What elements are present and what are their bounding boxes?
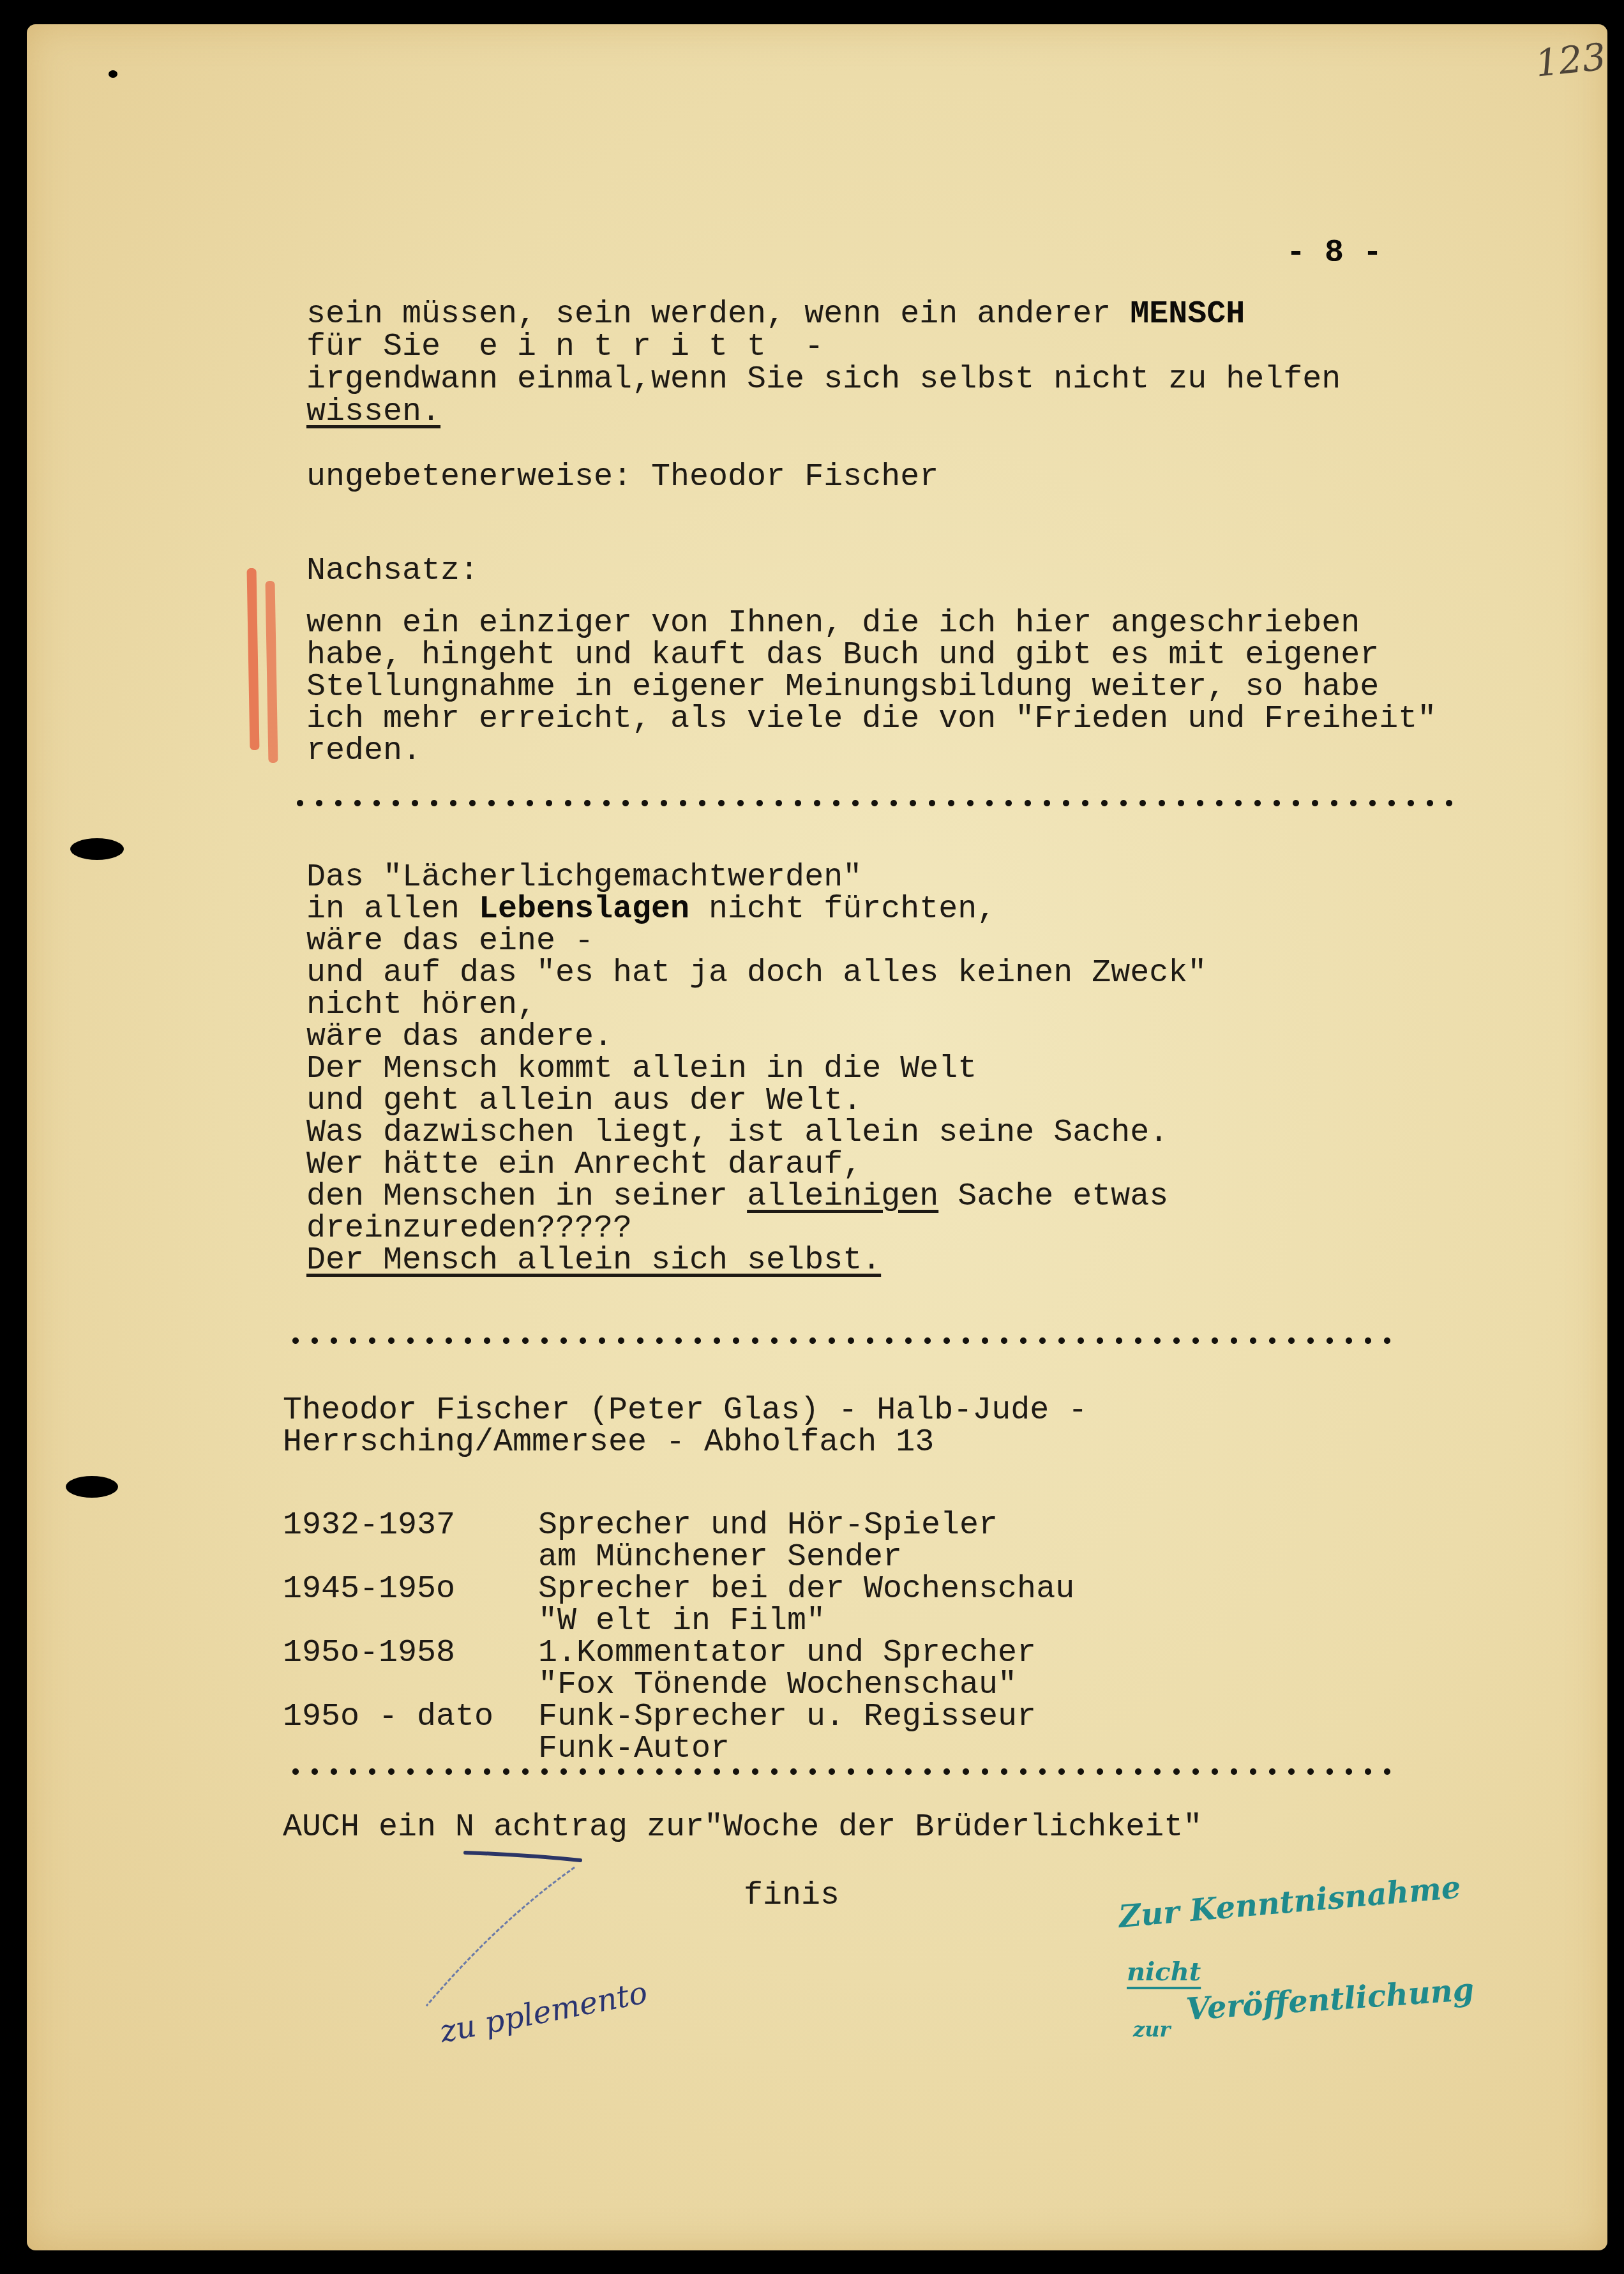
poem-line-6: wäre das andere. <box>306 1021 613 1053</box>
poem-line-8: und geht allein aus der Welt. <box>306 1085 862 1117</box>
poem-line-11-b: Sache etwas <box>938 1178 1168 1215</box>
career-period-3: 195o-1958 <box>283 1638 455 1669</box>
folio-number: 123 <box>1533 34 1608 85</box>
career-desc-4a: Funk-Sprecher u. Regisseur <box>538 1701 1036 1733</box>
poem-line-10: Wer hätte ein Anrecht darauf, <box>306 1149 862 1181</box>
opening-line-2: für Sie e i n t r i t t - <box>306 331 823 363</box>
poem-line-3: wäre das eine - <box>306 926 594 958</box>
closing-line: AUCH ein N achtrag zur"Woche der Brüderl… <box>283 1812 1202 1844</box>
dotted-separator-3 <box>286 1768 1397 1775</box>
poem-line-13: Der Mensch allein sich selbst. <box>306 1245 881 1277</box>
career-desc-3a: 1.Kommentator und Sprecher <box>538 1638 1036 1669</box>
poem-line-12: dreinzureden????? <box>306 1213 632 1245</box>
postscript-line-2: habe, hingeht und kauft das Buch und gib… <box>306 640 1379 672</box>
poem-line-2-a: in allen <box>306 891 479 928</box>
postscript-line-4: ich mehr erreicht, als viele die von "Fr… <box>306 704 1436 735</box>
bold-phrase: Lebenslagen <box>479 891 689 928</box>
career-desc-2b: "W elt in Film" <box>538 1606 825 1638</box>
postscript-heading: Nachsatz: <box>306 555 479 587</box>
opening-line-1: sein müssen, sein werden, wenn ein ander… <box>306 299 1245 331</box>
page-marker: - 8 - <box>1286 237 1382 269</box>
postscript-line-3: Stellungnahme in eigener Meinungsbildung… <box>306 672 1379 704</box>
postscript-line-5: reden. <box>306 735 421 767</box>
career-desc-4b: Funk-Autor <box>538 1733 730 1765</box>
career-period-2: 1945-195o <box>283 1574 455 1606</box>
opening-line-3: irgendwann einmal,wenn Sie sich selbst n… <box>306 364 1341 396</box>
punch-hole-top <box>70 838 124 860</box>
postscript-line-1: wenn ein einziger von Ihnen, die ich hie… <box>306 608 1360 640</box>
punch-hole-bottom <box>66 1476 118 1498</box>
opening-line-4: wissen. <box>306 396 440 428</box>
dotted-separator-1 <box>290 800 1459 806</box>
finis: finis <box>744 1880 839 1912</box>
author-line-1: Theodor Fischer (Peter Glas) - Halb-Jude… <box>283 1395 1087 1427</box>
author-line-2: Herrsching/Ammersee - Abholfach 13 <box>283 1427 934 1459</box>
signature-line: ungebetenerweise: Theodor Fischer <box>306 462 938 493</box>
poem-line-11-a: den Menschen in seiner <box>306 1178 747 1215</box>
underlined-word: alleinigen <box>747 1178 938 1215</box>
stamp-line-3-prefix: zur <box>1133 2017 1170 2042</box>
career-desc-2a: Sprecher bei der Wochenschau <box>538 1574 1074 1606</box>
staple-hole <box>109 70 117 78</box>
poem-line-7: Der Mensch kommt allein in die Welt <box>306 1053 977 1085</box>
career-desc-1b: am Münchener Sender <box>538 1542 902 1574</box>
career-desc-3b: "Fox Tönende Wochenschau" <box>538 1669 1017 1701</box>
emphasis-word: MENSCH <box>1130 296 1245 333</box>
opening-line-1-text: sein müssen, sein werden, wenn ein ander… <box>306 296 1130 333</box>
poem-line-9: Was dazwischen liegt, ist allein seine S… <box>306 1117 1168 1149</box>
stamp-line-2: nicht <box>1127 1957 1201 1987</box>
career-period-4: 195o - dato <box>283 1701 493 1733</box>
poem-line-5: nicht hören, <box>306 990 536 1021</box>
dotted-separator-2 <box>286 1337 1397 1344</box>
career-desc-1a: Sprecher und Hör-Spieler <box>538 1510 998 1542</box>
poem-line-2: in allen Lebenslagen nicht fürchten, <box>306 894 996 926</box>
poem-line-2-b: nicht fürchten, <box>689 891 996 928</box>
poem-line-11: den Menschen in seiner alleinigen Sache … <box>306 1181 1168 1213</box>
poem-line-1: Das "Lächerlichgemachtwerden" <box>306 862 862 894</box>
poem-line-4: und auf das "es hat ja doch alles keinen… <box>306 958 1207 990</box>
career-period-1: 1932-1937 <box>283 1510 455 1542</box>
